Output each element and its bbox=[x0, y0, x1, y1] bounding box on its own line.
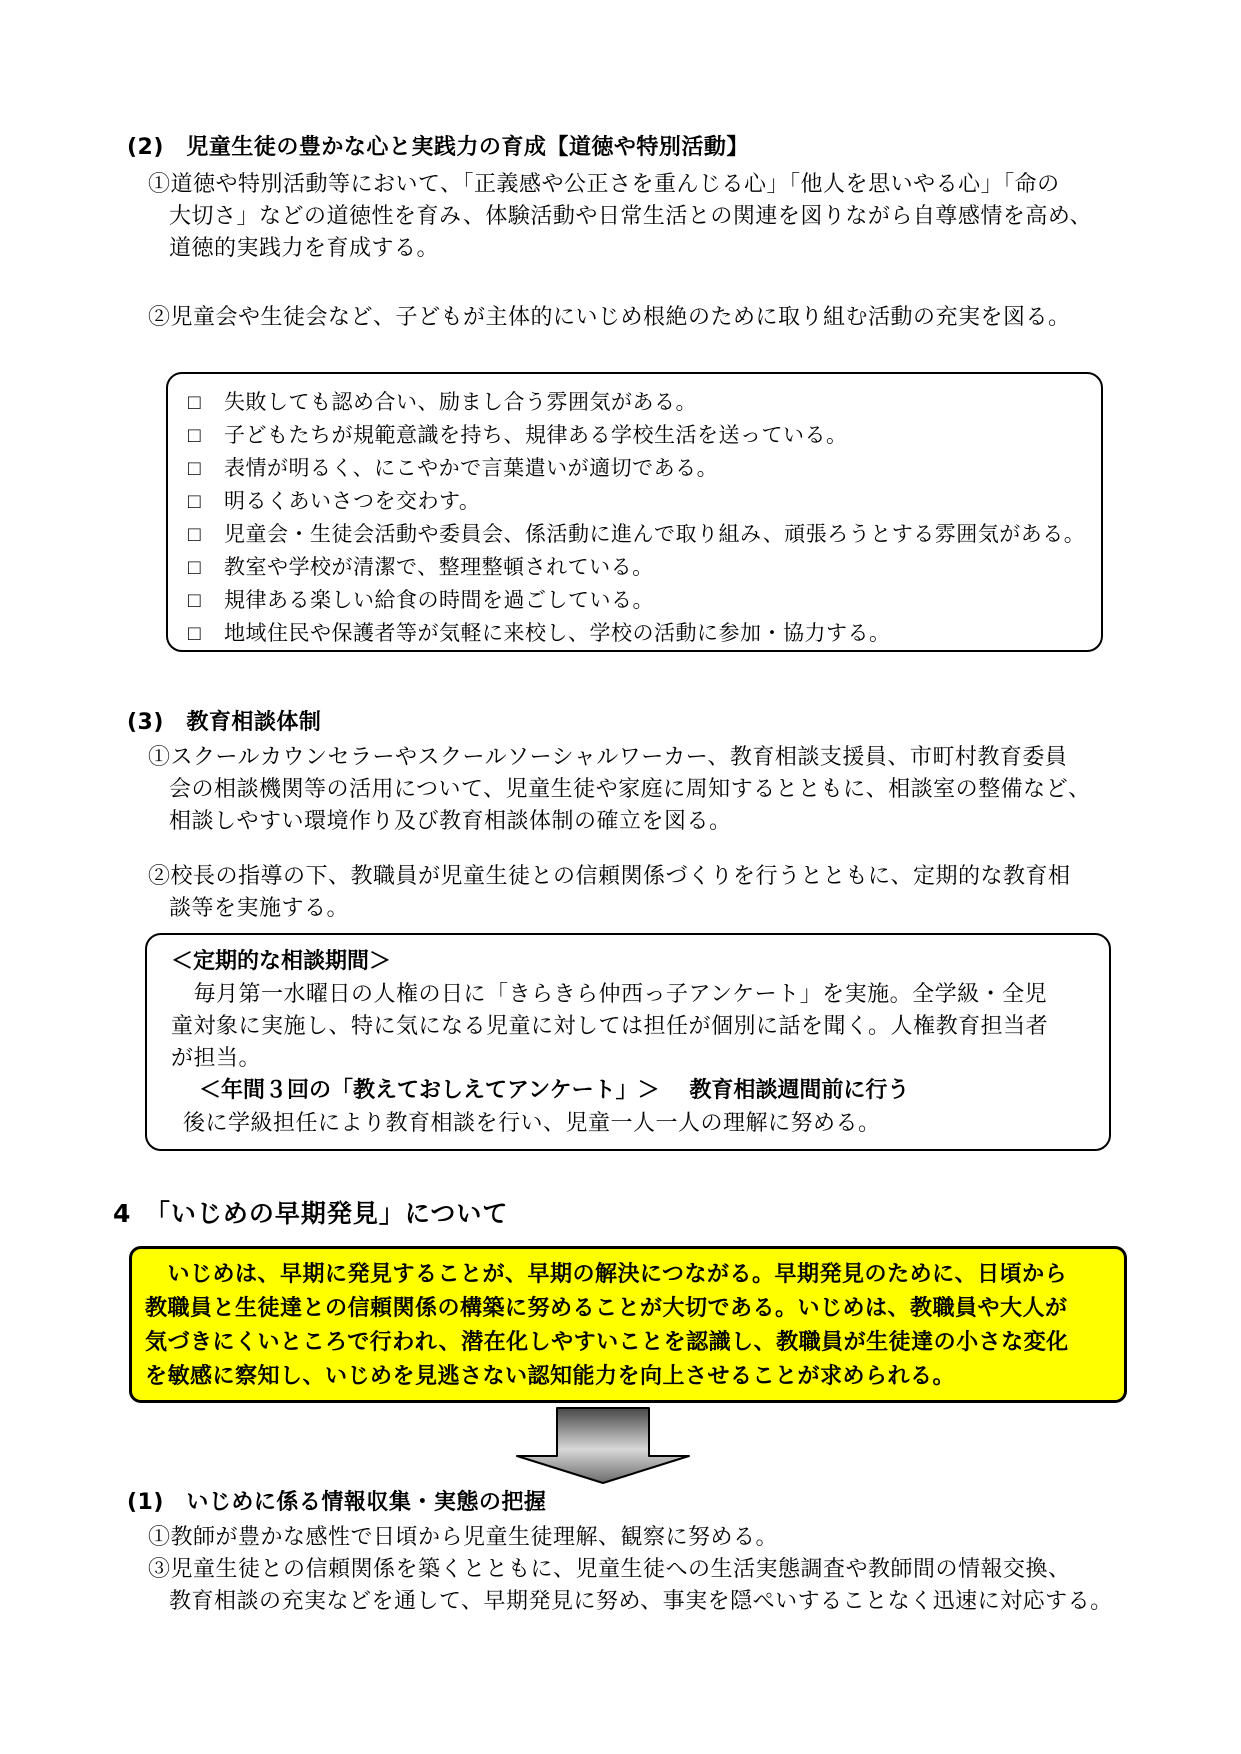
checkbox-icon: □ bbox=[188, 617, 212, 650]
checkbox-icon: □ bbox=[188, 518, 212, 551]
paragraph-line: 道徳的実践力を育成する。 bbox=[148, 232, 1092, 264]
checkbox-icon: □ bbox=[188, 419, 212, 452]
checklist-item-label: 表情が明るく、にこやかで言葉遣いが適切である。 bbox=[224, 456, 718, 480]
checkbox-icon: □ bbox=[188, 386, 212, 419]
checklist-row: □明るくあいさつを交わす。 bbox=[188, 485, 1101, 518]
consultation-box-line: 毎月第一水曜日の人権の日に「きらきら仲西っ子アンケート」を実施。全学級・全児 bbox=[171, 978, 1109, 1010]
paragraph-line: 相談しやすい環境作り及び教育相談体制の確立を図る。 bbox=[148, 805, 1091, 837]
checkbox-icon: □ bbox=[188, 452, 212, 485]
section4-1-paragraph: ①教師が豊かな感性で日頃から児童生徒理解、観察に努める。 ③児童生徒との信頼関係… bbox=[148, 1521, 1113, 1617]
checklist-item-label: 失敗しても認め合い、励まし合う雰囲気がある。 bbox=[224, 390, 697, 414]
paragraph-line: 大切さ」などの道徳性を育み、体験活動や日常生活との関連を図りながら自尊感情を高め… bbox=[148, 200, 1092, 232]
paragraph-line: 会の相談機関等の活用について、児童生徒や家庭に周知するとともに、相談室の整備など… bbox=[148, 773, 1091, 805]
section3-item1-paragraph: ①スクールカウンセラーやスクールソーシャルワーカー、教育相談支援員、市町村教育委… bbox=[148, 741, 1091, 837]
checklist-row: □失敗しても認め合い、励まし合う雰囲気がある。 bbox=[188, 386, 1101, 419]
section2-heading: (2) 児童生徒の豊かな心と実践力の育成【道徳や特別活動】 bbox=[127, 133, 749, 163]
consultation-box-line: 後に学級担任により教育相談を行い、児童一人一人の理解に努める。 bbox=[171, 1107, 1109, 1139]
checklist-row: □規律ある楽しい給食の時間を過ごしている。 bbox=[188, 584, 1101, 617]
checklist-row: □地域住民や保護者等が気軽に来校し、学校の活動に参加・協力する。 bbox=[188, 617, 1101, 650]
section2-item1-paragraph: ①道徳や特別活動等において、「正義感や公正さを重んじる心」「他人を思いやる心」「… bbox=[148, 168, 1092, 264]
document-page: (2) 児童生徒の豊かな心と実践力の育成【道徳や特別活動】 ①道徳や特別活動等に… bbox=[0, 0, 1241, 1754]
checklist-row: □児童会・生徒会活動や委員会、係活動に進んで取り組み、頑張ろうとする雰囲気がある… bbox=[188, 518, 1101, 551]
highlight-line: いじめは、早期に発見することが、早期の解決につながる。早期発見のために、日頃から bbox=[145, 1258, 1124, 1292]
section4-heading: 4 「いじめの早期発見」について bbox=[113, 1198, 508, 1230]
highlight-line: を敏感に察知し、いじめを見逃さない認知能力を向上させることが求められる。 bbox=[145, 1360, 1124, 1394]
paragraph-line: 談等を実施する。 bbox=[148, 892, 1071, 924]
paragraph-line: ③児童生徒との信頼関係を築くとともに、児童生徒への生活実態調査や教師間の情報交換… bbox=[148, 1553, 1113, 1585]
checklist-item-label: 明るくあいさつを交わす。 bbox=[224, 489, 480, 513]
consultation-box-line: が担当。 bbox=[171, 1042, 1109, 1074]
paragraph-line: ②校長の指導の下、教職員が児童生徒との信頼関係づくりを行うとともに、定期的な教育… bbox=[148, 860, 1071, 892]
paragraph-line: ①スクールカウンセラーやスクールソーシャルワーカー、教育相談支援員、市町村教育委… bbox=[148, 741, 1091, 773]
section3-heading: (3) 教育相談体制 bbox=[127, 708, 321, 738]
checklist-row: □教室や学校が清潔で、整理整頓されている。 bbox=[188, 551, 1101, 584]
checkbox-icon: □ bbox=[188, 551, 212, 584]
paragraph-line: ①道徳や特別活動等において、「正義感や公正さを重んじる心」「他人を思いやる心」「… bbox=[148, 168, 1092, 200]
checklist-item-label: 児童会・生徒会活動や委員会、係活動に進んで取り組み、頑張ろうとする雰囲気がある。 bbox=[224, 522, 1085, 546]
section3-item2-paragraph: ②校長の指導の下、教職員が児童生徒との信頼関係づくりを行うとともに、定期的な教育… bbox=[148, 860, 1071, 924]
checklist-row: □表情が明るく、にこやかで言葉遣いが適切である。 bbox=[188, 452, 1101, 485]
paragraph-line: 教育相談の充実などを通して、早期発見に努め、事実を隠ぺいすることなく迅速に対応す… bbox=[148, 1585, 1113, 1617]
paragraph-line: ①教師が豊かな感性で日頃から児童生徒理解、観察に努める。 bbox=[148, 1521, 1113, 1553]
section4-1-heading: (1) いじめに係る情報収集・実態の把握 bbox=[127, 1488, 546, 1518]
highlight-line: 気づきにくいところで行われ、潜在化しやすいことを認識し、教職員が生徒達の小さな変… bbox=[145, 1326, 1124, 1360]
consultation-box-subtitle: ＜年間３回の「教えておしえてアンケート」＞ 教育相談週間前に行う bbox=[171, 1074, 1109, 1107]
checklist-row: □子どもたちが規範意識を持ち、規律ある学校生活を送っている。 bbox=[188, 419, 1101, 452]
checklist-item-label: 子どもたちが規範意識を持ち、規律ある学校生活を送っている。 bbox=[224, 423, 848, 447]
consultation-box-line: 童対象に実施し、特に気になる児童に対しては担任が個別に話を聞く。人権教育担当者 bbox=[171, 1010, 1109, 1042]
highlight-line: 教職員と生徒達との信頼関係の構築に努めることが大切である。いじめは、教職員や大人… bbox=[145, 1292, 1124, 1326]
checkbox-icon: □ bbox=[188, 584, 212, 617]
checklist-item-label: 規律ある楽しい給食の時間を過ごしている。 bbox=[224, 588, 654, 612]
checklist-box: □失敗しても認め合い、励まし合う雰囲気がある。 □子どもたちが規範意識を持ち、規… bbox=[166, 372, 1103, 652]
checklist-item-label: 教室や学校が清潔で、整理整頓されている。 bbox=[224, 555, 654, 579]
checklist-item-label: 地域住民や保護者等が気軽に来校し、学校の活動に参加・協力する。 bbox=[224, 621, 891, 645]
early-detection-highlight-box: いじめは、早期に発見することが、早期の解決につながる。早期発見のために、日頃から… bbox=[129, 1246, 1127, 1403]
consultation-box-title: ＜定期的な相談期間＞ bbox=[171, 945, 1109, 978]
down-arrow-icon bbox=[503, 1406, 703, 1486]
section2-item2: ②児童会や生徒会など、子どもが主体的にいじめ根絶のために取り組む活動の充実を図る… bbox=[148, 301, 1071, 333]
consultation-period-box: ＜定期的な相談期間＞ 毎月第一水曜日の人権の日に「きらきら仲西っ子アンケート」を… bbox=[145, 933, 1111, 1151]
checkbox-icon: □ bbox=[188, 485, 212, 518]
